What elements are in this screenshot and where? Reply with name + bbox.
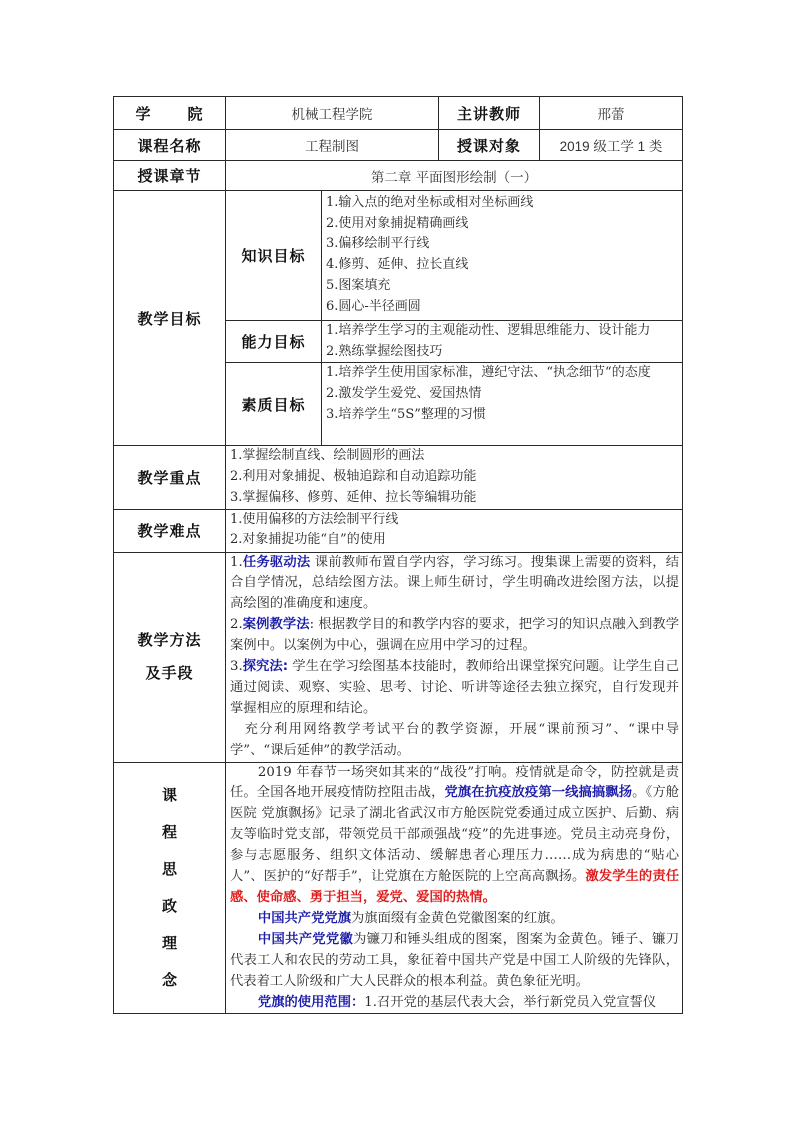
- paragraph-text: 为旗面缀有金黄色党徽图案的红旗。: [351, 911, 564, 926]
- list-item: 2.使用对象捕捉精确画线: [326, 214, 678, 235]
- teacher-value: 邢蕾: [540, 97, 683, 130]
- method-case-teaching: 2.案例教学法: 根据教学目的和教学内容的要求，把学习的知识点融入到教学案例中。…: [230, 615, 679, 657]
- chapter-value: 第二章 平面图形绘制（一）: [226, 161, 683, 191]
- row-chapter: 授课章节 第二章 平面图形绘制（一）: [114, 161, 683, 191]
- ideology-label-char: 程: [114, 814, 225, 851]
- knowledge-objective-label: 知识目标: [226, 191, 322, 321]
- ideology-label-char: 思: [114, 851, 225, 888]
- objectives-label: 教学目标: [114, 191, 226, 446]
- methods-label-line-1: 教学方法: [114, 624, 225, 657]
- list-item: 2.激发学生爱党、爱国热情: [326, 384, 678, 405]
- list-item: 1.培养学生使用国家标准，遵纪守法、“执念细节“的态度: [326, 363, 678, 384]
- row-objective-knowledge: 教学目标 知识目标 1.输入点的绝对坐标或相对坐标画线 2.使用对象捕捉精确画线…: [114, 191, 683, 321]
- knowledge-objective-list: 1.输入点的绝对坐标或相对坐标画线 2.使用对象捕捉精确画线 3.偏移绘制平行线…: [322, 191, 683, 321]
- list-item: 3.掌握偏移、修剪、延伸、拉长等编辑功能: [230, 488, 678, 509]
- lesson-plan-table: 学院 机械工程学院 主讲教师 邢蕾 课程名称 工程制图 授课对象 2019 级工…: [113, 96, 683, 1014]
- list-item: 1.培养学生学习的主观能动性、逻辑思维能力、设计能力: [326, 321, 678, 342]
- method-title: 案例教学法: [243, 617, 310, 632]
- audience-value: 2019 级工学 1 类: [540, 130, 683, 161]
- row-ideology: 课 程 思 政 理 念 2019 年春节一场突如其来的“战役”打响。疫情就是命令…: [114, 762, 683, 1014]
- list-item: 2.熟练掌握绘图技巧: [326, 342, 678, 363]
- key-points-list: 1.掌握绘制直线、绘制圆形的画法 2.利用对象捕捉、极轴追踪和自动追踪功能 3.…: [226, 446, 683, 509]
- list-item: 4.修剪、延伸、拉长直线: [326, 255, 678, 276]
- quality-objective-list: 1.培养学生使用国家标准，遵纪守法、“执念细节“的态度 2.激发学生爱党、爱国热…: [322, 363, 683, 446]
- audience-label: 授课对象: [439, 130, 540, 161]
- row-college: 学院 机械工程学院 主讲教师 邢蕾: [114, 97, 683, 130]
- emphasis-text: 中国共产党党旗: [258, 911, 351, 926]
- method-number: 2.: [230, 617, 243, 632]
- method-platform: 充分利用网络教学考试平台的教学资源，开展“课前预习”、“课中导学”、“课后延伸”…: [230, 720, 679, 762]
- college-label-char-1: 学: [135, 105, 151, 123]
- key-points-label: 教学重点: [114, 446, 226, 509]
- list-item: 1.输入点的绝对坐标或相对坐标画线: [326, 193, 678, 214]
- ideology-label-char: 课: [114, 777, 225, 814]
- ideology-label-char: 念: [114, 962, 225, 999]
- methods-label: 教学方法 及手段: [114, 552, 226, 762]
- course-label: 课程名称: [114, 130, 226, 161]
- list-item: 6.圆心-半径画圆: [326, 297, 678, 318]
- method-task-driven: 1.任务驱动法 课前教师布置自学内容，学习练习。搜集课上需要的资料，结合自学情况…: [230, 553, 679, 616]
- method-title: 任务驱动法: [243, 555, 311, 570]
- college-value: 机械工程学院: [226, 97, 439, 130]
- row-methods: 教学方法 及手段 1.任务驱动法 课前教师布置自学内容，学习练习。搜集课上需要的…: [114, 552, 683, 762]
- method-title: 探究法:: [243, 659, 288, 674]
- list-item: 1.使用偏移的方法绘制平行线: [230, 510, 678, 531]
- emphasis-text: 党旗的使用范围：: [258, 995, 364, 1010]
- method-text: 学生在学习绘图基本技能时，教师给出课堂探究问题。让学生自己通过阅读、观察、实验、…: [230, 659, 679, 716]
- ideology-label: 课 程 思 政 理 念: [114, 762, 226, 1014]
- emphasis-text: 中国共产党党徽: [258, 932, 353, 947]
- ideology-label-char: 理: [114, 925, 225, 962]
- emphasis-text: 党旗在抗疫放疫第一线搞搞飘扬: [444, 785, 632, 800]
- ability-objective-list: 1.培养学生学习的主观能动性、逻辑思维能力、设计能力 2.熟练掌握绘图技巧: [322, 321, 683, 363]
- chapter-label: 授课章节: [114, 161, 226, 191]
- paragraph-text: 1.召开党的基层代表大会，举行新党员入党宣誓仪: [364, 995, 656, 1010]
- college-label: 学院: [114, 97, 226, 130]
- ideology-paragraph-flag: 中国共产党党旗为旗面缀有金黄色党徽图案的红旗。: [230, 909, 679, 930]
- list-item: 2.利用对象捕捉、极轴追踪和自动追踪功能: [230, 467, 678, 488]
- ideology-paragraph-flag-usage: 党旗的使用范围：1.召开党的基层代表大会，举行新党员入党宣誓仪: [230, 993, 679, 1014]
- list-item: 3.培养学生“5S”整理的习惯: [326, 405, 678, 426]
- list-item: 1.掌握绘制直线、绘制圆形的画法: [230, 446, 678, 467]
- difficulties-list: 1.使用偏移的方法绘制平行线 2.对象捕捉功能“自”的使用: [226, 509, 683, 552]
- quality-objective-label: 素质目标: [226, 363, 322, 446]
- row-difficulties: 教学难点 1.使用偏移的方法绘制平行线 2.对象捕捉功能“自”的使用: [114, 509, 683, 552]
- document-page: 学院 机械工程学院 主讲教师 邢蕾 课程名称 工程制图 授课对象 2019 级工…: [0, 0, 794, 1123]
- row-key-points: 教学重点 1.掌握绘制直线、绘制圆形的画法 2.利用对象捕捉、极轴追踪和自动追踪…: [114, 446, 683, 509]
- teacher-label: 主讲教师: [439, 97, 540, 130]
- list-item: 3.偏移绘制平行线: [326, 234, 678, 255]
- method-number: 3.: [230, 659, 243, 674]
- list-item: 2.对象捕捉功能“自”的使用: [230, 530, 678, 551]
- ideology-label-char: 政: [114, 888, 225, 925]
- ideology-paragraph-epidemic: 2019 年春节一场突如其来的“战役”打响。疫情就是命令，防控就是责任。全国各地…: [230, 763, 679, 909]
- course-value: 工程制图: [226, 130, 439, 161]
- method-number: 1.: [230, 555, 243, 570]
- row-course: 课程名称 工程制图 授课对象 2019 级工学 1 类: [114, 130, 683, 161]
- ability-objective-label: 能力目标: [226, 321, 322, 363]
- list-item: 5.图案填充: [326, 276, 678, 297]
- methods-content: 1.任务驱动法 课前教师布置自学内容，学习练习。搜集课上需要的资料，结合自学情况…: [226, 552, 683, 762]
- methods-label-line-2: 及手段: [114, 657, 225, 690]
- difficulties-label: 教学难点: [114, 509, 226, 552]
- method-inquiry: 3.探究法: 学生在学习绘图基本技能时，教师给出课堂探究问题。让学生自己通过阅读…: [230, 657, 679, 720]
- ideology-content: 2019 年春节一场突如其来的“战役”打响。疫情就是命令，防控就是责任。全国各地…: [226, 762, 683, 1014]
- college-label-char-2: 院: [188, 105, 204, 123]
- ideology-paragraph-emblem: 中国共产党党徽为镰刀和锤头组成的图案，图案为金黄色。锤子、镰刀代表工人和农民的劳…: [230, 930, 679, 993]
